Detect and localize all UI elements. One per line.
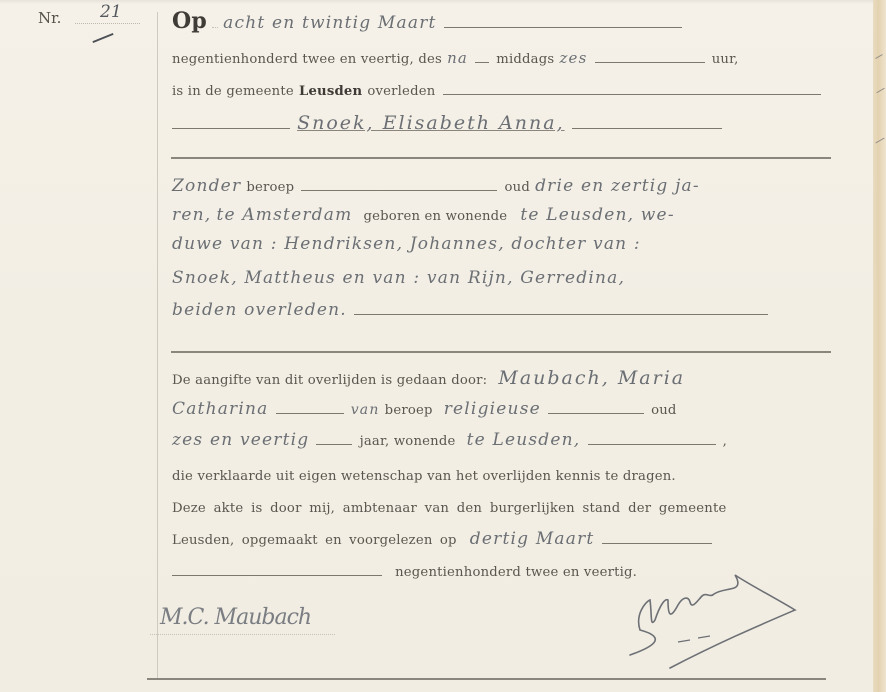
line-occupation-age: Zonder beroep oud drie en zertig ja- xyxy=(172,176,832,200)
informant-age: zes en veertig xyxy=(172,430,309,450)
blank-line xyxy=(443,94,821,95)
line-statement-1: die verklaarde uit eigen wetenschap van … xyxy=(172,465,832,489)
blank-line xyxy=(301,190,497,191)
bottom-rule xyxy=(586,678,826,680)
ink-mark xyxy=(875,54,882,59)
op-prefix: Op xyxy=(172,8,207,34)
birthplace: te Amsterdam xyxy=(216,205,352,225)
parents-names: Snoek, Mattheus en van : van Rijn, Gerre… xyxy=(172,268,625,288)
death-date: acht en twintig Maart xyxy=(223,13,436,33)
blank-line xyxy=(316,444,352,445)
informant-signature: M.C. Maubach xyxy=(160,605,311,630)
statement-text: die verklaarde uit eigen wetenschap van … xyxy=(172,469,676,484)
municipality-name: Leusden xyxy=(299,84,362,99)
informant-label: De aangifte van dit overlijden is gedaan… xyxy=(172,373,487,388)
line-informant: De aangifte van dit overlijden is gedaan… xyxy=(172,367,832,391)
line-year-time: negentienhonderd twee en veertig, des na… xyxy=(172,48,832,72)
line-informant-occupation: Catharina van beroep religieuse oud xyxy=(172,399,832,423)
municipality-prefix: is in de gemeente xyxy=(172,84,294,99)
record-number-dots xyxy=(75,23,140,24)
both-deceased: beiden overleden. xyxy=(172,300,347,320)
deceased-occupation: Zonder xyxy=(172,176,241,196)
beroep-text: beroep xyxy=(246,180,294,195)
adjacent-page-edge xyxy=(873,0,886,692)
part-of-day: na xyxy=(447,49,468,67)
registration-prefix: Leusden, opgemaakt en voorgelezen op xyxy=(172,533,457,548)
record-number-underline xyxy=(92,33,113,43)
overleden-text: overleden xyxy=(367,84,435,99)
registration-year: negentienhonderd twee en veertig. xyxy=(395,565,637,580)
born-living-text: geboren en wonende xyxy=(364,209,508,224)
ink-mark xyxy=(875,138,884,144)
registration-date: dertig Maart xyxy=(470,529,595,549)
informant-residence: te Leusden, xyxy=(467,430,581,450)
line-both-deceased: beiden overleden. xyxy=(172,300,832,324)
blank-line xyxy=(354,314,768,315)
blank-line xyxy=(548,413,644,414)
informant-occupation: religieuse xyxy=(444,399,541,419)
blank-line xyxy=(172,575,382,576)
document-page: Nr. 21 Op acht en twintig Maart negentie… xyxy=(0,0,886,692)
blank-line xyxy=(572,128,722,129)
death-hour: zes xyxy=(559,49,587,67)
deceased-age: drie en zertig ja- xyxy=(535,176,700,196)
informant-name-cont: Catharina xyxy=(172,399,269,419)
registrar-signature xyxy=(610,560,810,670)
middags-text: middags xyxy=(496,52,554,67)
blank-line xyxy=(588,444,716,445)
signature-dotted-line xyxy=(150,634,335,635)
section-rule xyxy=(171,351,831,353)
line-parents: Snoek, Mattheus en van : van Rijn, Gerre… xyxy=(172,268,832,292)
section-rule xyxy=(171,157,831,159)
line-birthplace-residence: ren, te Amsterdam geboren en wonende te … xyxy=(172,205,832,229)
year-text: negentienhonderd twee en veertig, des xyxy=(172,52,442,67)
blank-line xyxy=(444,27,682,28)
blank-line xyxy=(475,62,489,63)
blank-line xyxy=(276,413,344,414)
registrar-statement: Deze akte is door mij, ambtenaar van den… xyxy=(172,501,726,516)
line-spouse-father: duwe van : Hendriksen, Johannes, dochter… xyxy=(172,234,832,258)
widow-of-and-daughter-of: duwe van : Hendriksen, Johannes, dochter… xyxy=(172,234,641,254)
line-registration-date: Leusden, opgemaakt en voorgelezen op der… xyxy=(172,529,832,553)
blank-line xyxy=(172,128,290,129)
jaar-wonende-text: jaar, wonende xyxy=(360,434,456,449)
record-number-label: Nr. xyxy=(38,9,61,27)
residence: te Leusden, we- xyxy=(520,205,674,225)
van-handwritten: van xyxy=(351,402,380,418)
record-number-value: 21 xyxy=(100,2,122,22)
line-informant-age-residence: zes en veertig jaar, wonende te Leusden,… xyxy=(172,430,832,454)
age-continued: ren, xyxy=(172,205,211,225)
informant-name: Maubach, Maria xyxy=(498,367,685,389)
beroep-text: beroep xyxy=(385,403,433,418)
top-edge-shadow xyxy=(0,0,886,4)
comma: , xyxy=(723,434,727,449)
bottom-rule xyxy=(147,678,586,680)
deceased-name: Snoek, Elisabeth Anna, xyxy=(297,112,565,134)
oud-text: oud xyxy=(651,403,676,418)
uur-text: uur, xyxy=(712,52,739,67)
dotted-fill xyxy=(212,27,218,28)
ink-mark xyxy=(876,88,884,93)
line-statement-2: Deze akte is door mij, ambtenaar van den… xyxy=(172,497,832,521)
line-date: Op acht en twintig Maart xyxy=(172,8,832,32)
blank-line xyxy=(595,62,705,63)
line-municipality: is in de gemeente Leusden overleden xyxy=(172,80,832,104)
blank-line xyxy=(602,543,712,544)
margin-rule xyxy=(157,12,158,678)
line-deceased-name: Snoek, Elisabeth Anna, xyxy=(172,112,832,136)
oud-text: oud xyxy=(504,180,529,195)
